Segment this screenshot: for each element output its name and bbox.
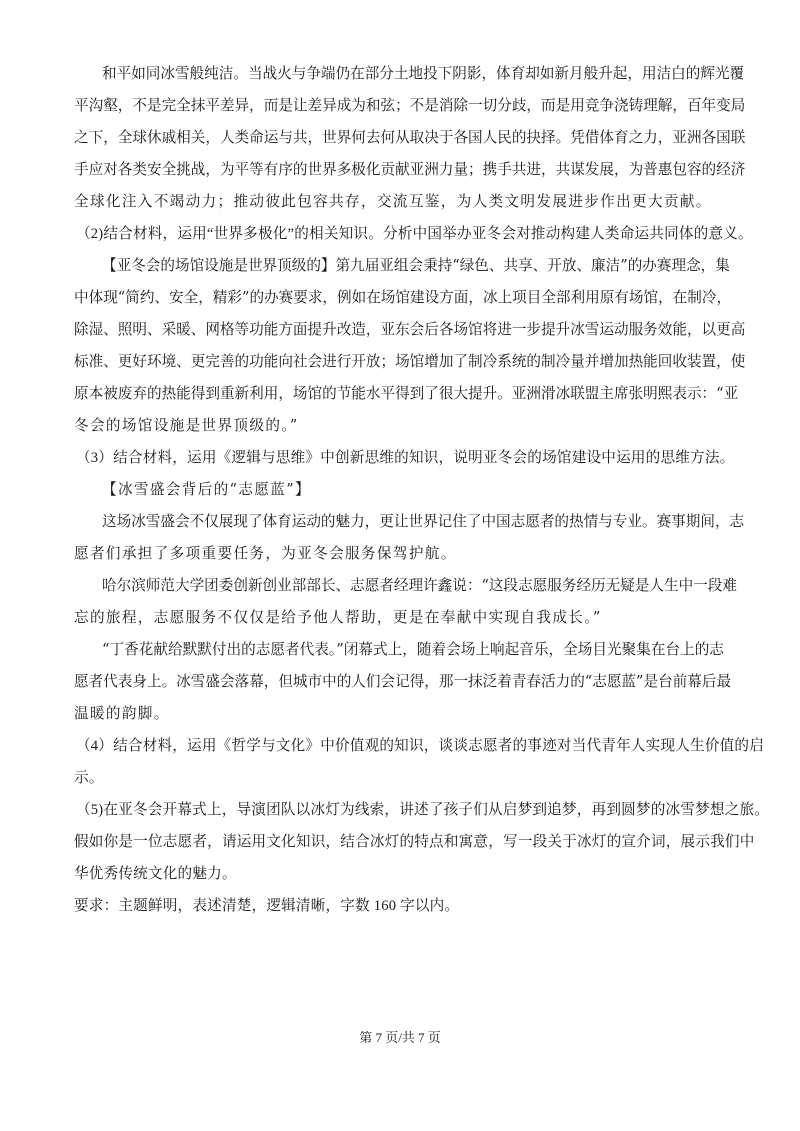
- section-venue-line: 除湿、照明、采暖、网格等功能方面提升改造，亚东会后各场馆将进一步提升冰雪运动服务…: [74, 320, 724, 340]
- section-volunteer-line: 愿者们承担了多项重要任务，为亚冬会服务保驾护航。: [74, 544, 724, 564]
- question-3: （3）结合材料，运用《逻辑与思维》中创新思维的知识，说明亚冬会的场馆建设中运用的…: [76, 448, 726, 468]
- section-volunteer-line: 忘的旅程，志愿服务不仅仅是给予他人帮助，更是在奉献中实现自我成长。”: [74, 608, 724, 628]
- section-volunteer-line: 哈尔滨师范大学团委创新创业部部长、志愿者经理许鑫说：“这段志愿服务经历无疑是人生…: [74, 576, 724, 596]
- passage-line: 全球化注入不竭动力；推动彼此包容共存，交流互鉴，为人类文明发展进步作出更大贡献。: [74, 192, 724, 212]
- passage-line: 和平如同冰雪般纯洁。当战火与争端仍在部分土地投下阴影，体育却如新月般升起，用洁白…: [74, 64, 724, 84]
- section-venue-line: 中体现“简约、安全，精彩”的办赛要求，例如在场馆建设方面，冰上项目全部利用原有场…: [74, 288, 724, 308]
- page-footer: 第 7 页/共 7 页: [0, 1027, 800, 1046]
- passage-line: 之下，全球休戚相关，人类命运与共，世界何去何从取决于各国人民的抉择。凭借体育之力…: [74, 128, 724, 148]
- question-5: （5)在亚冬会开幕式上，导演团队以冰灯为线索，讲述了孩子们从启梦到追梦，再到圆梦…: [76, 800, 726, 820]
- section-volunteer-line: “丁香花献给默默付出的志愿者代表。”闭幕式上，随着会场上响起音乐，全场目光聚集在…: [74, 640, 724, 660]
- passage-line: 手应对各类安全挑战，为平等有序的世界多极化贡献亚洲力量；携手共进，共谋发展，为普…: [74, 160, 724, 180]
- section-venue-line: 冬会的场馆设施是世界顶级的。”: [74, 416, 724, 436]
- question-2: （2)结合材料，运用“世界多极化”的相关知识。分析中国举办亚冬会对推动构建人类命…: [76, 224, 726, 244]
- passage-line: 平沟壑，不是完全抹平差异，而是让差异成为和弦；不是消除一切分歧，而是用竞争浇铸理…: [74, 96, 724, 116]
- question-4-cont: 示。: [74, 768, 724, 788]
- section-venue-line: 【亚冬会的场馆设施是世界顶级的】第九届亚组会秉持“绿色、共享、开放、廉洁”的办赛…: [74, 256, 724, 276]
- section-venue-line: 原本被废弃的热能得到重新利用，场馆的节能水平得到了很大提升。亚洲滑冰联盟主席张明…: [74, 384, 724, 404]
- section-volunteer-line: 这场冰雪盛会不仅展现了体育运动的魅力，更让世界记住了中国志愿者的热情与专业。赛事…: [74, 512, 724, 532]
- question-5-cont: 华优秀传统文化的魅力。: [74, 864, 724, 884]
- section-volunteer-heading: 【冰雪盛会背后的“志愿蓝”】: [74, 480, 724, 500]
- section-venue-line: 标准、更好环境、更完善的功能向社会进行开放；场馆增加了制冷系统的制冷量并增加热能…: [74, 352, 724, 372]
- section-volunteer-line: 温暖的韵脚。: [74, 704, 724, 724]
- section-volunteer-line: 愿者代表身上。冰雪盛会落幕，但城市中的人们会记得，那一抹泛着青春活力的“志愿蓝”…: [74, 672, 724, 692]
- question-5-cont: 假如你是一位志愿者，请运用文化知识，结合冰灯的特点和寓意，写一段关于冰灯的宣介词…: [74, 832, 724, 852]
- question-4: （4）结合材料，运用《哲学与文化》中价值观的知识，谈谈志愿者的事迹对当代青年人实…: [76, 736, 726, 756]
- document-page: 和平如同冰雪般纯洁。当战火与争端仍在部分土地投下阴影，体育却如新月般升起，用洁白…: [0, 0, 800, 1131]
- question-5-requirement: 要求：主题鲜明，表述清楚，逻辑清晰，字数 160 字以内。: [74, 896, 724, 916]
